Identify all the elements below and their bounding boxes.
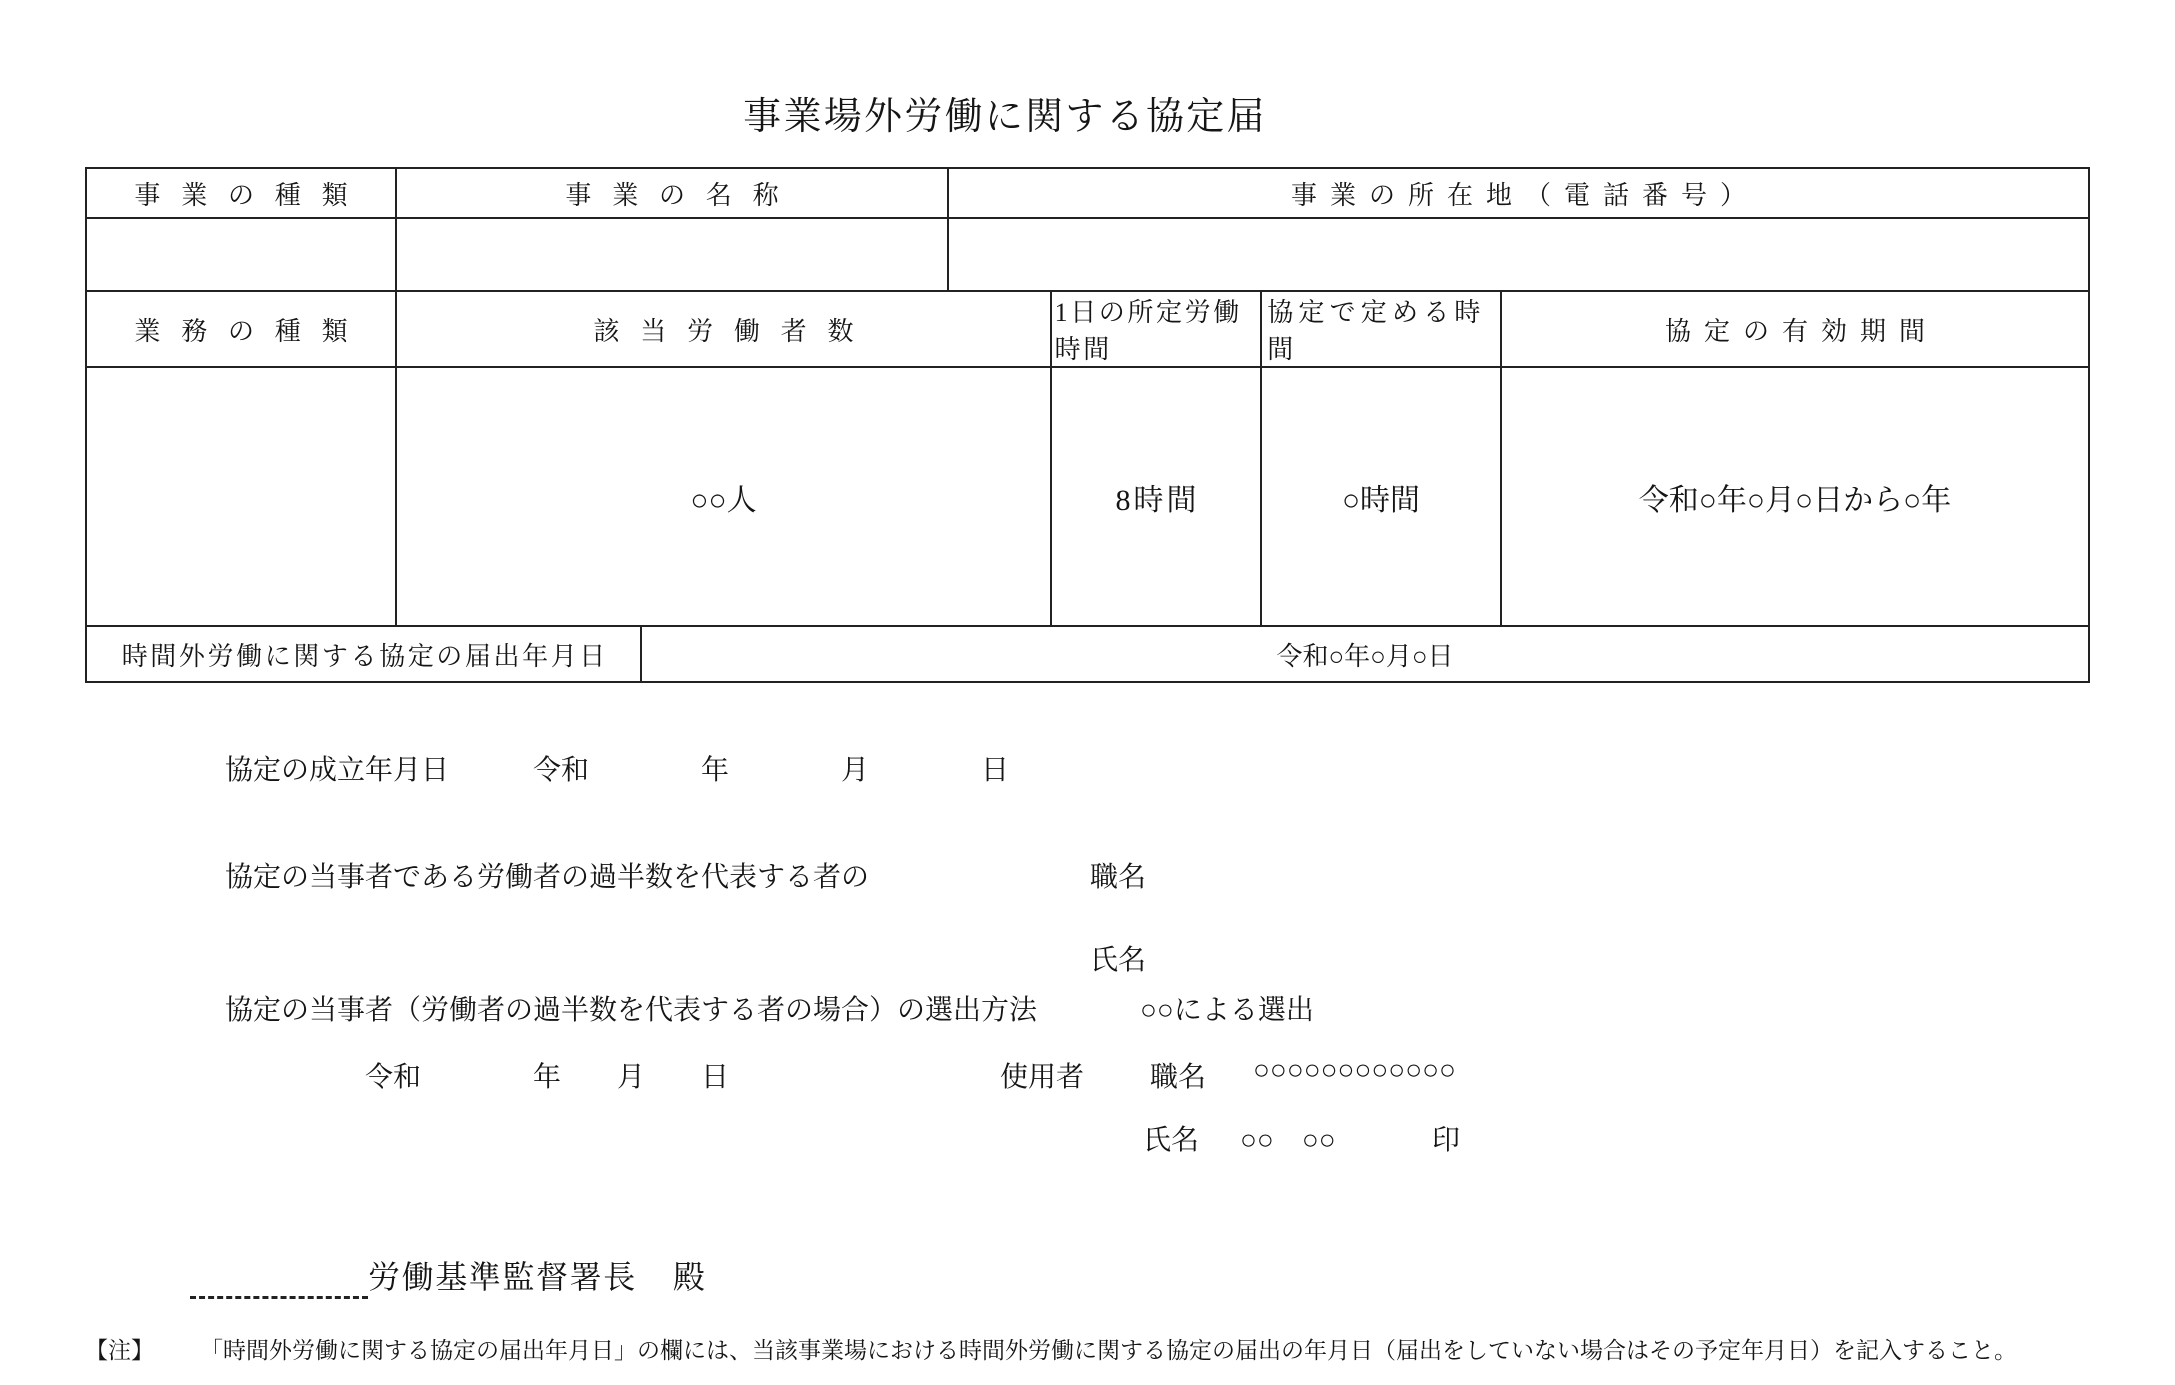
- labor-office-label: 労働基準監督署長: [368, 1259, 637, 1295]
- cell-business-name-header: 事業の名称: [397, 169, 949, 217]
- employer-position-value: ○○○○○○○○○○○○: [1253, 1055, 1456, 1087]
- cell-overtime-notification-label: 時間外労働に関する協定の届出年月日: [87, 627, 642, 681]
- cell-overtime-notification-date: 令和○年○月○日: [642, 627, 2088, 681]
- cell-agreed-hours-value: ○時間: [1262, 368, 1502, 625]
- cell-validity-period-value: 令和○年○月○日から○年: [1502, 368, 2088, 625]
- cell-scheduled-hours-header: 1日の所定労働時間: [1052, 292, 1262, 366]
- note-text: 「時間外労働に関する協定の届出年月日」の欄には、当該事業場における時間外労働に関…: [200, 1332, 2017, 1365]
- cell-scheduled-hours-value: 8時間: [1052, 368, 1262, 625]
- representative-line: 協定の当事者である労働者の過半数を代表する者の: [225, 855, 869, 895]
- employer-label: 使用者: [1000, 1055, 1084, 1095]
- cell-business-name-value: [397, 219, 949, 290]
- cell-validity-period-header: 協定の有効期間: [1502, 292, 2088, 366]
- selection-method-line: 協定の当事者（労働者の過半数を代表する者の場合）の選出方法: [225, 988, 1037, 1028]
- cell-work-type-value: [87, 368, 397, 625]
- cell-agreed-hours-header: 協定で定める時間: [1262, 292, 1502, 366]
- representative-name-label: 氏名: [1090, 938, 1146, 978]
- office-name-blank: [190, 1254, 368, 1299]
- representative-position-label: 職名: [1090, 855, 1146, 895]
- seal-mark: 印: [1432, 1118, 1460, 1158]
- employer-position-label: 職名: [1150, 1055, 1206, 1095]
- cell-business-address-header: 事業の所在地（電話番号）: [949, 169, 2088, 217]
- cell-business-address-value: [949, 219, 2088, 290]
- table-row-work-headers: 業務の種類 該当労働者数 1日の所定労働時間 協定で定める時間 協定の有効期間: [87, 292, 2088, 368]
- table-row-notification: 時間外労働に関する協定の届出年月日 令和○年○月○日: [87, 627, 2088, 681]
- cell-worker-count-value: ○○人: [397, 368, 1052, 625]
- table-row-work-values: ○○人 8時間 ○時間 令和○年○月○日から○年: [87, 368, 2088, 627]
- cell-worker-count-header: 該当労働者数: [397, 292, 1052, 366]
- signature-date-line: 令和 年 月 日: [365, 1055, 729, 1095]
- cell-business-type-header: 事業の種類: [87, 169, 397, 217]
- selection-method-value: ○○による選出: [1140, 988, 1314, 1028]
- agreement-date-line: 協定の成立年月日 令和 年 月 日: [225, 748, 1009, 788]
- submission-line: 労働基準監督署長殿: [368, 1252, 705, 1298]
- employer-name-value: ○○ ○○: [1240, 1118, 1336, 1158]
- agreement-form-table: 事業の種類 事業の名称 事業の所在地（電話番号） 業務の種類 該当労働者数 1日…: [85, 167, 2090, 683]
- honorific-label: 殿: [673, 1259, 705, 1295]
- table-row-business-values: [87, 219, 2088, 292]
- table-row-business-headers: 事業の種類 事業の名称 事業の所在地（電話番号）: [87, 169, 2088, 219]
- cell-work-type-header: 業務の種類: [87, 292, 397, 366]
- note-marker: 【注】: [85, 1332, 154, 1365]
- employer-name-label: 氏名: [1143, 1118, 1199, 1158]
- page-title: 事業場外労働に関する協定届: [0, 85, 2010, 140]
- cell-business-type-value: [87, 219, 397, 290]
